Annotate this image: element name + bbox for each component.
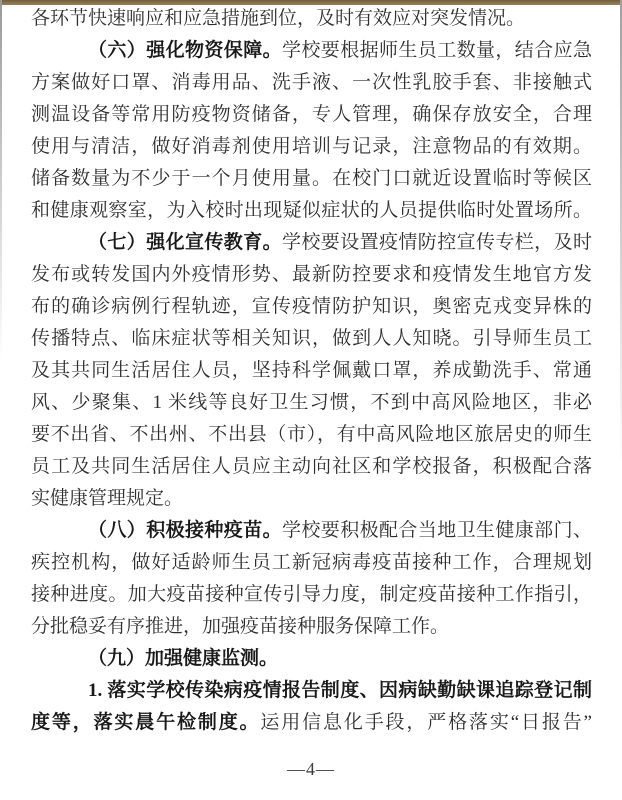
body-text: 发布或转发国内外疫情形势、最新防控要求和疫情发生地官方发 <box>31 264 592 285</box>
body-text: 测温设备等常用防疫物资储备，专人管理，确保存放安全，合理 <box>31 104 592 125</box>
text-line: 1. 落实学校传染病疫情报告制度、因病缺勤缺课追踪登记制 <box>31 675 592 707</box>
body-text: 方案做好口罩、消毒用品、洗手液、一次性乳胶手套、非接触式 <box>31 72 592 93</box>
text-line: 使用与清洁，做好消毒剂使用培训与记录，注意物品的有效期。 <box>31 131 592 163</box>
text-line: 分批稳妥有序推进，加强疫苗接种服务保障工作。 <box>31 611 592 643</box>
text-line: 实健康管理规定。 <box>31 483 592 515</box>
bold-heading-text: （六）强化物资保障。 <box>88 40 282 61</box>
text-line: 储备数量为不少于一个月使用量。在校门口就近设置临时等候区 <box>31 163 592 195</box>
body-text: 运用信息化手段，严格落实“日报告” <box>260 712 592 733</box>
document-page: 各环节快速响应和应急措施到位，及时有效应对突发情况。（六）强化物资保障。学校要根… <box>0 0 622 800</box>
text-line: 传播特点、临床症状等相关知识，做到人人知晓。引导师生员工 <box>31 323 592 355</box>
text-line: 疾控机构，做好适龄师生员工新冠病毒疫苗接种工作，合理规划 <box>31 547 592 579</box>
text-line: 测温设备等常用防疫物资储备，专人管理，确保存放安全，合理 <box>31 99 592 131</box>
body-text: 实健康管理规定。 <box>31 488 183 509</box>
text-line: 各环节快速响应和应急措施到位，及时有效应对突发情况。 <box>31 3 592 35</box>
bold-heading-text: （八）积极接种疫苗。 <box>88 520 282 541</box>
text-line: 要不出省、不出州、不出县（市），有中高风险地区旅居史的师生 <box>31 419 592 451</box>
text-line: 及其共同生活居住人员，坚持科学佩戴口罩，养成勤洗手、常通 <box>31 355 592 387</box>
text-line: 方案做好口罩、消毒用品、洗手液、一次性乳胶手套、非接触式 <box>31 67 592 99</box>
bold-heading-text: （七）强化宣传教育。 <box>88 232 282 253</box>
text-line: 发布或转发国内外疫情形势、最新防控要求和疫情发生地官方发 <box>31 259 592 291</box>
text-line: 和健康观察室，为入校时出现疑似症状的人员提供临时处置场所。 <box>31 195 592 227</box>
body-text: 接种进度。加大疫苗接种宣传引导力度，制定疫苗接种工作指引， <box>31 584 592 605</box>
body-text: 布的确诊病例行程轨迹，宣传疫情防护知识，奥密克戎变异株的 <box>31 296 592 317</box>
body-text: 学校要积极配合当地卫生健康部门、 <box>282 520 592 541</box>
body-text: 使用与清洁，做好消毒剂使用培训与记录，注意物品的有效期。 <box>31 136 592 157</box>
text-line: （七）强化宣传教育。学校要设置疫情防控宣传专栏，及时 <box>31 227 592 259</box>
body-text: 员工及共同生活居住人员应主动向社区和学校报备，积极配合落 <box>31 456 592 477</box>
text-line: （九）加强健康监测。 <box>31 643 592 675</box>
text-line: 风、少聚集、1 米线等良好卫生习惯，不到中高风险地区，非必 <box>31 387 592 419</box>
page-number: —4— <box>0 759 622 780</box>
bold-heading-text: （九）加强健康监测。 <box>88 648 278 669</box>
body-text: 疾控机构，做好适龄师生员工新冠病毒疫苗接种工作，合理规划 <box>31 552 592 573</box>
body-text: 学校要设置疫情防控宣传专栏，及时 <box>282 232 592 253</box>
text-line: （八）积极接种疫苗。学校要积极配合当地卫生健康部门、 <box>31 515 592 547</box>
text-line: 员工及共同生活居住人员应主动向社区和学校报备，积极配合落 <box>31 451 592 483</box>
body-text: 要不出省、不出州、不出县（市），有中高风险地区旅居史的师生 <box>31 424 592 445</box>
body-text: 各环节快速响应和应急措施到位，及时有效应对突发情况。 <box>31 8 525 29</box>
body-text: 分批稳妥有序推进，加强疫苗接种服务保障工作。 <box>31 616 449 637</box>
bold-heading-text: 度等，落实晨午检制度。 <box>31 712 260 733</box>
body-text: 学校要根据师生员工数量，结合应急 <box>282 40 592 61</box>
text-line: 接种进度。加大疫苗接种宣传引导力度，制定疫苗接种工作指引， <box>31 579 592 611</box>
body-text: 储备数量为不少于一个月使用量。在校门口就近设置临时等候区 <box>31 168 592 189</box>
document-body: 各环节快速响应和应急措施到位，及时有效应对突发情况。（六）强化物资保障。学校要根… <box>31 3 592 739</box>
text-line: 度等，落实晨午检制度。运用信息化手段，严格落实“日报告” <box>31 707 592 739</box>
scan-left-border <box>0 0 2 360</box>
body-text: 风、少聚集、1 米线等良好卫生习惯，不到中高风险地区，非必 <box>31 392 592 413</box>
body-text: 传播特点、临床症状等相关知识，做到人人知晓。引导师生员工 <box>31 328 592 349</box>
body-text: 和健康观察室，为入校时出现疑似症状的人员提供临时处置场所。 <box>31 200 592 221</box>
text-line: 布的确诊病例行程轨迹，宣传疫情防护知识，奥密克戎变异株的 <box>31 291 592 323</box>
bold-heading-text: 1. 落实学校传染病疫情报告制度、因病缺勤缺课追踪登记制 <box>88 680 592 701</box>
text-line: （六）强化物资保障。学校要根据师生员工数量，结合应急 <box>31 35 592 67</box>
body-text: 及其共同生活居住人员，坚持科学佩戴口罩，养成勤洗手、常通 <box>31 360 592 381</box>
